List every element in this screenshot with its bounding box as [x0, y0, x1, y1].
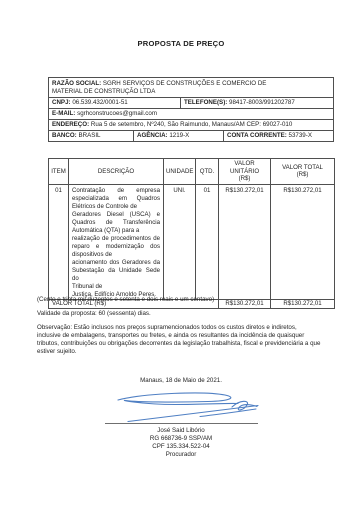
razao-social-label: RAZÃO SOCIAL: [52, 80, 101, 87]
endereco-cell: ENDEREÇO: Rua 5 de setembro, Nº240, São … [49, 120, 334, 131]
signature-stroke [118, 393, 238, 405]
header-item: ITEM [49, 159, 69, 185]
item-row: 01 Contratação de empresa especializada … [49, 184, 335, 300]
razao-social-cell: RAZÃO SOCIAL: SGRH SERVIÇOS DE CONSTRUÇÕ… [49, 78, 334, 98]
razao-social-row: RAZÃO SOCIAL: SGRH SERVIÇOS DE CONSTRUÇÕ… [49, 78, 334, 98]
telefone-value: 98417-8003/991202787 [229, 99, 295, 106]
agencia-label: AGÊNCIA: [137, 132, 168, 139]
observation-paragraph: Observação: Estão inclusos nos preços su… [37, 324, 321, 356]
email-value: sgrhconstrucoes@gmail.com [77, 110, 157, 117]
header-unidade: UNIDADE [164, 159, 196, 185]
item-valor-total: R$130.272,01 [271, 184, 335, 300]
item-qtd: 01 [196, 184, 219, 300]
description-line: reparo e modernização dos [72, 243, 160, 251]
items-table-header-row: ITEM DESCRIÇÃO UNIDADE QTD. VALOR UNITÁR… [49, 159, 335, 185]
description-line: Automática (QTA) para a [72, 227, 160, 235]
item-unidade: UNI. [164, 184, 196, 300]
signer-cpf: CPF 135.334.522-04 [0, 443, 362, 451]
description-line: dispositivos de [72, 251, 160, 259]
header-valor-total: VALOR TOTAL (R$) [271, 159, 335, 185]
description-line: Contratação de empresa [72, 187, 160, 195]
banco-label: BANCO: [52, 132, 77, 139]
cnpj-label: CNPJ: [52, 99, 71, 106]
header-qtd: QTD. [196, 159, 219, 185]
description-line: Tribunal de [72, 283, 160, 291]
email-cell: E-MAIL: sgrhconstrucoes@gmail.com [49, 109, 334, 120]
endereco-value: Rua 5 de setembro, Nº240, São Raimundo, … [91, 121, 292, 128]
header-valor-unitario: VALOR UNITÁRIO (R$) [219, 159, 271, 185]
endereco-row: ENDEREÇO: Rua 5 de setembro, Nº240, São … [49, 120, 334, 131]
description-line: Subestação da Unidade Sede do [72, 267, 160, 283]
email-row: E-MAIL: sgrhconstrucoes@gmail.com [49, 109, 334, 120]
signer-rg: RG 668736-9 SSP/AM [0, 435, 362, 443]
signature-scribble-icon [100, 387, 265, 425]
date-line: Manaus, 18 de Maio de 2021. [0, 377, 362, 385]
item-description: Contratação de empresa especializada em … [69, 184, 164, 300]
document-page: PROPOSTA DE PREÇO RAZÃO SOCIAL: SGRH SER… [0, 0, 362, 512]
amount-in-words: (Cento e trinta mil duzentos e setenta e… [37, 296, 214, 304]
item-number: 01 [49, 184, 69, 300]
signature-stroke [128, 406, 258, 422]
page-title: PROPOSTA DE PREÇO [0, 40, 362, 48]
header-descricao: DESCRIÇÃO [69, 159, 164, 185]
banco-value: BRASIL [78, 132, 100, 139]
cnpj-value: 06.539.432/0001-51 [72, 99, 127, 106]
signature-block: José Said Libório RG 668736-9 SSP/AM CPF… [0, 427, 362, 459]
items-table: ITEM DESCRIÇÃO UNIDADE QTD. VALOR UNITÁR… [48, 158, 335, 309]
conta-corrente-label: CONTA CORRENTE: [227, 132, 287, 139]
conta-corrente-cell: CONTA CORRENTE: 53739-X [224, 131, 334, 142]
description-line: Geradores Diesel (USCA) e [72, 211, 160, 219]
telefone-cell: TELEFONE(S): 98417-8003/991202787 [181, 98, 334, 109]
conta-corrente-value: 53739-X [289, 132, 312, 139]
cnpj-telefone-row: CNPJ: 06.539.432/0001-51 TELEFONE(S): 98… [49, 98, 334, 109]
banco-row: BANCO: BRASIL AGÊNCIA: 1219-X CONTA CORR… [49, 131, 334, 142]
description-line: Elétricos de Controle de [72, 203, 160, 211]
company-info-table: RAZÃO SOCIAL: SGRH SERVIÇOS DE CONSTRUÇÕ… [48, 77, 334, 142]
description-line: especializada em Quadros [72, 195, 160, 203]
agencia-value: 1219-X [169, 132, 189, 139]
signer-role: Procurador [0, 451, 362, 459]
total-valor-unitario: R$130.272,01 [219, 300, 271, 309]
validity-line: Validade da proposta: 60 (sessenta) dias… [37, 310, 151, 318]
signature-line [105, 423, 258, 424]
telefone-label: TELEFONE(S): [184, 99, 227, 106]
signer-name: José Said Libório [0, 427, 362, 435]
cnpj-cell: CNPJ: 06.539.432/0001-51 [49, 98, 181, 109]
banco-cell: BANCO: BRASIL [49, 131, 134, 142]
item-valor-unitario: R$130.272,01 [219, 184, 271, 300]
agencia-cell: AGÊNCIA: 1219-X [134, 131, 224, 142]
description-line: realização de procedimentos de [72, 235, 160, 243]
email-label: E-MAIL: [52, 110, 75, 117]
description-line: Quadros de Transferência [72, 219, 160, 227]
total-valor-total: R$130.272,01 [271, 300, 335, 309]
description-line: acionamento dos Geradores da [72, 259, 160, 267]
signature-stroke [200, 409, 256, 417]
endereco-label: ENDEREÇO: [52, 121, 89, 128]
